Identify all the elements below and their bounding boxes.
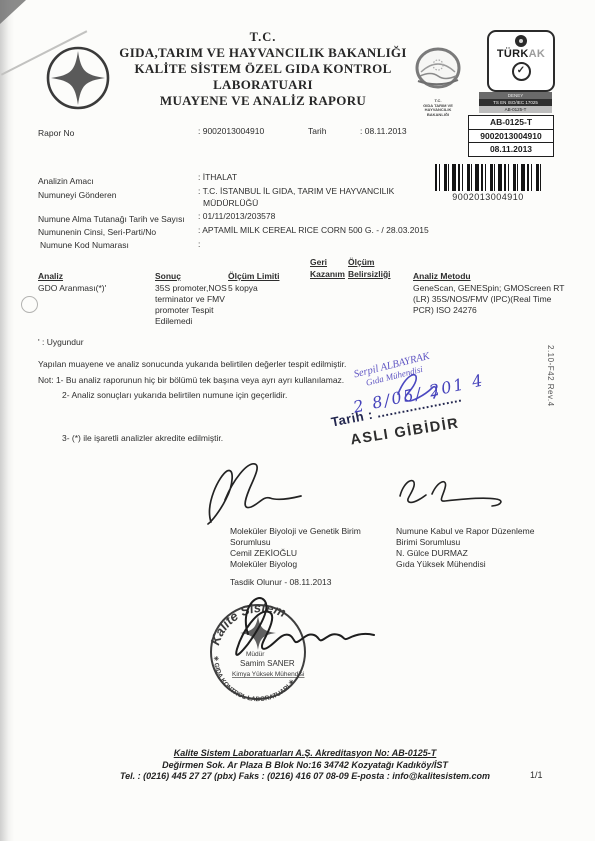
signatory-right-role: Gıda Yüksek Mühendisi: [396, 559, 566, 570]
field-value-tutanak: : 01/11/2013/203578: [198, 211, 275, 222]
col-header-geri-2: Kazanım: [310, 269, 345, 279]
footer-contact-line: Tel. : (0216) 445 27 27 (pbx) Faks : (02…: [55, 771, 555, 783]
field-value-gonderen-2: MÜDÜRLÜĞÜ: [203, 198, 258, 209]
field-label-tutanak: Numune Alma Tutanağı Tarih ve Sayısı: [38, 214, 185, 225]
result-statement: Yapılan muayene ve analiz sonucunda yuka…: [38, 359, 346, 369]
col-header-belirsizlik-2: Belirsizliği: [348, 269, 391, 279]
page-number: 1/1: [530, 770, 543, 780]
approval-line: Tasdik Olunur - 08.11.2013: [230, 577, 331, 588]
signatory-right-title1: Numune Kabul ve Rapor Düzenleme: [396, 526, 566, 537]
signatory-left-role: Moleküler Biyolog: [230, 559, 390, 570]
field-label-gonderen: Numuneyi Gönderen: [38, 190, 116, 201]
cell-analiz-metodu: GeneScan, GENESpin; GMOScreen RT (LR) 35…: [413, 283, 571, 316]
header-report-type: MUAYENE VE ANALİZ RAPORU: [108, 93, 418, 109]
field-label-analizin-amaci: Analizin Amacı: [38, 176, 94, 187]
col-header-olcum-limiti: Ölçüm Limiti: [228, 271, 279, 281]
turkak-scope-strip: DENEY TS EN ISO/IEC 17025 AB-0125-T: [479, 92, 552, 113]
barcode-number: 9002013004910: [435, 192, 541, 202]
field-label-kod: Numune Kod Numarası: [40, 240, 129, 251]
accreditation-no: AB-0125-T: [469, 116, 553, 130]
turkak-wordmark: TÜRKAK: [489, 48, 553, 60]
signatory-right-block: Numune Kabul ve Rapor Düzenleme Birimi S…: [396, 526, 566, 570]
signatory-left-name: Cemil ZEKİOĞLU: [230, 548, 390, 559]
signature-left: [195, 458, 320, 535]
col-header-sonuc: Sonuç: [155, 271, 181, 281]
footer-block: Kalite Sistem Laboratuarları A.Ş. Akredi…: [55, 748, 555, 783]
accreditation-date: 08.11.2013: [469, 143, 553, 156]
turkak-checkmark-icon: ✓: [512, 62, 531, 81]
note-2: 2- Analiz sonuçları yukarıda belirtilen …: [62, 390, 287, 400]
table-footnote: ' : Uygundur: [38, 337, 84, 347]
stamp-title: Müdür: [246, 651, 265, 658]
tarih-value: : 08.11.2013: [360, 126, 407, 137]
note-1: Not: 1- Bu analiz raporunun hiç bir bölü…: [38, 375, 344, 385]
cell-olcum-limiti: 5 kopya: [228, 283, 298, 294]
stamp-role: Kimya Yüksek Mühendisi: [232, 671, 305, 678]
header-lab: KALİTE SİSTEM ÖZEL GIDA KONTROL LABORATU…: [108, 61, 418, 93]
field-value-analizin-amaci: : İTHALAT: [198, 172, 237, 183]
signatory-left-title1: Moleküler Biyoloji ve Genetik Birim: [230, 526, 390, 537]
footer-company-line: Kalite Sistem Laboratuarları A.Ş. Akredi…: [55, 748, 555, 760]
col-header-belirsizlik-1: Ölçüm: [348, 257, 374, 267]
barcode: [435, 164, 541, 191]
scan-corner-artifact: [0, 0, 26, 24]
rapor-no-label: Rapor No: [38, 128, 74, 139]
scanned-report-page: T.C. GIDA,TARIM VE HAYVANCILIK BAKANLIĞI…: [0, 0, 595, 841]
rapor-no-value: : 9002013004910: [198, 126, 264, 137]
cell-analiz: GDO Aranması(*)': [38, 283, 150, 294]
signatory-left-title2: Sorumlusu: [230, 537, 390, 548]
stamp-name: Samim SANER: [240, 659, 295, 668]
turkak-strip-row: TS EN ISO/IEC 17025: [479, 99, 552, 106]
header-tc: T.C.: [108, 30, 418, 45]
note-3: 3- (*) ile işaretli analizler akredite e…: [62, 433, 223, 443]
col-header-geri-1: Geri: [310, 257, 327, 267]
cell-sonuc: 35S promoter,NOS terminator ve FMV promo…: [155, 283, 235, 327]
turkak-logo: TÜRKAK ✓: [487, 30, 555, 92]
field-value-kod: :: [198, 239, 200, 250]
signatory-left-block: Moleküler Biyoloji ve Genetik Birim Soru…: [230, 526, 390, 570]
signature-right: [392, 470, 512, 517]
accreditation-report-no: 9002013004910: [469, 130, 553, 144]
turkak-word-light: AK: [529, 48, 546, 60]
field-value-gonderen: : T.C. İSTANBUL İL GIDA, TARIM VE HAYVAN…: [198, 186, 394, 197]
lab-round-stamp: Kalite Sistem ✳ GIDA KONTROL LABORATUARI…: [196, 590, 406, 720]
turkak-strip-row: AB-0125-T: [479, 106, 552, 113]
ministry-caption-name2: BAKANLIĞI: [411, 113, 465, 118]
accreditation-table: AB-0125-T 9002013004910 08.11.2013: [468, 115, 554, 157]
ministry-emblem-icon: T.C. GIDA TARIM VE HAYVANCILIK BAKANLIĞI: [411, 46, 465, 117]
field-label-cinsi: Numunenin Cinsi, Seri-Parti/No: [38, 227, 156, 238]
turkak-strip-row: DENEY: [479, 92, 552, 99]
col-header-analiz: Analiz: [38, 271, 63, 281]
kalite-sistem-logo-icon: [44, 44, 112, 117]
document-header: T.C. GIDA,TARIM VE HAYVANCILIK BAKANLIĞI…: [108, 30, 418, 109]
field-value-cinsi: : APTAMİL MILK CEREAL RICE CORN 500 G. -…: [198, 225, 429, 236]
turkak-word-dark: TÜRK: [497, 48, 529, 60]
form-code: 2.10-F42 Rev.4: [546, 345, 555, 407]
hole-punch-mark: [21, 296, 38, 313]
header-ministry: GIDA,TARIM VE HAYVANCILIK BAKANLIĞI: [108, 45, 418, 61]
signatory-right-name: N. Gülce DURMAZ: [396, 548, 566, 559]
turkak-gear-icon: [515, 35, 527, 47]
signatory-right-title2: Birimi Sorumlusu: [396, 537, 566, 548]
tarih-label: Tarih: [308, 126, 326, 137]
footer-address-line: Değirmen Sok. Ar Plaza B Blok No:16 3474…: [55, 760, 555, 772]
col-header-analiz-metodu: Analiz Metodu: [413, 271, 471, 281]
